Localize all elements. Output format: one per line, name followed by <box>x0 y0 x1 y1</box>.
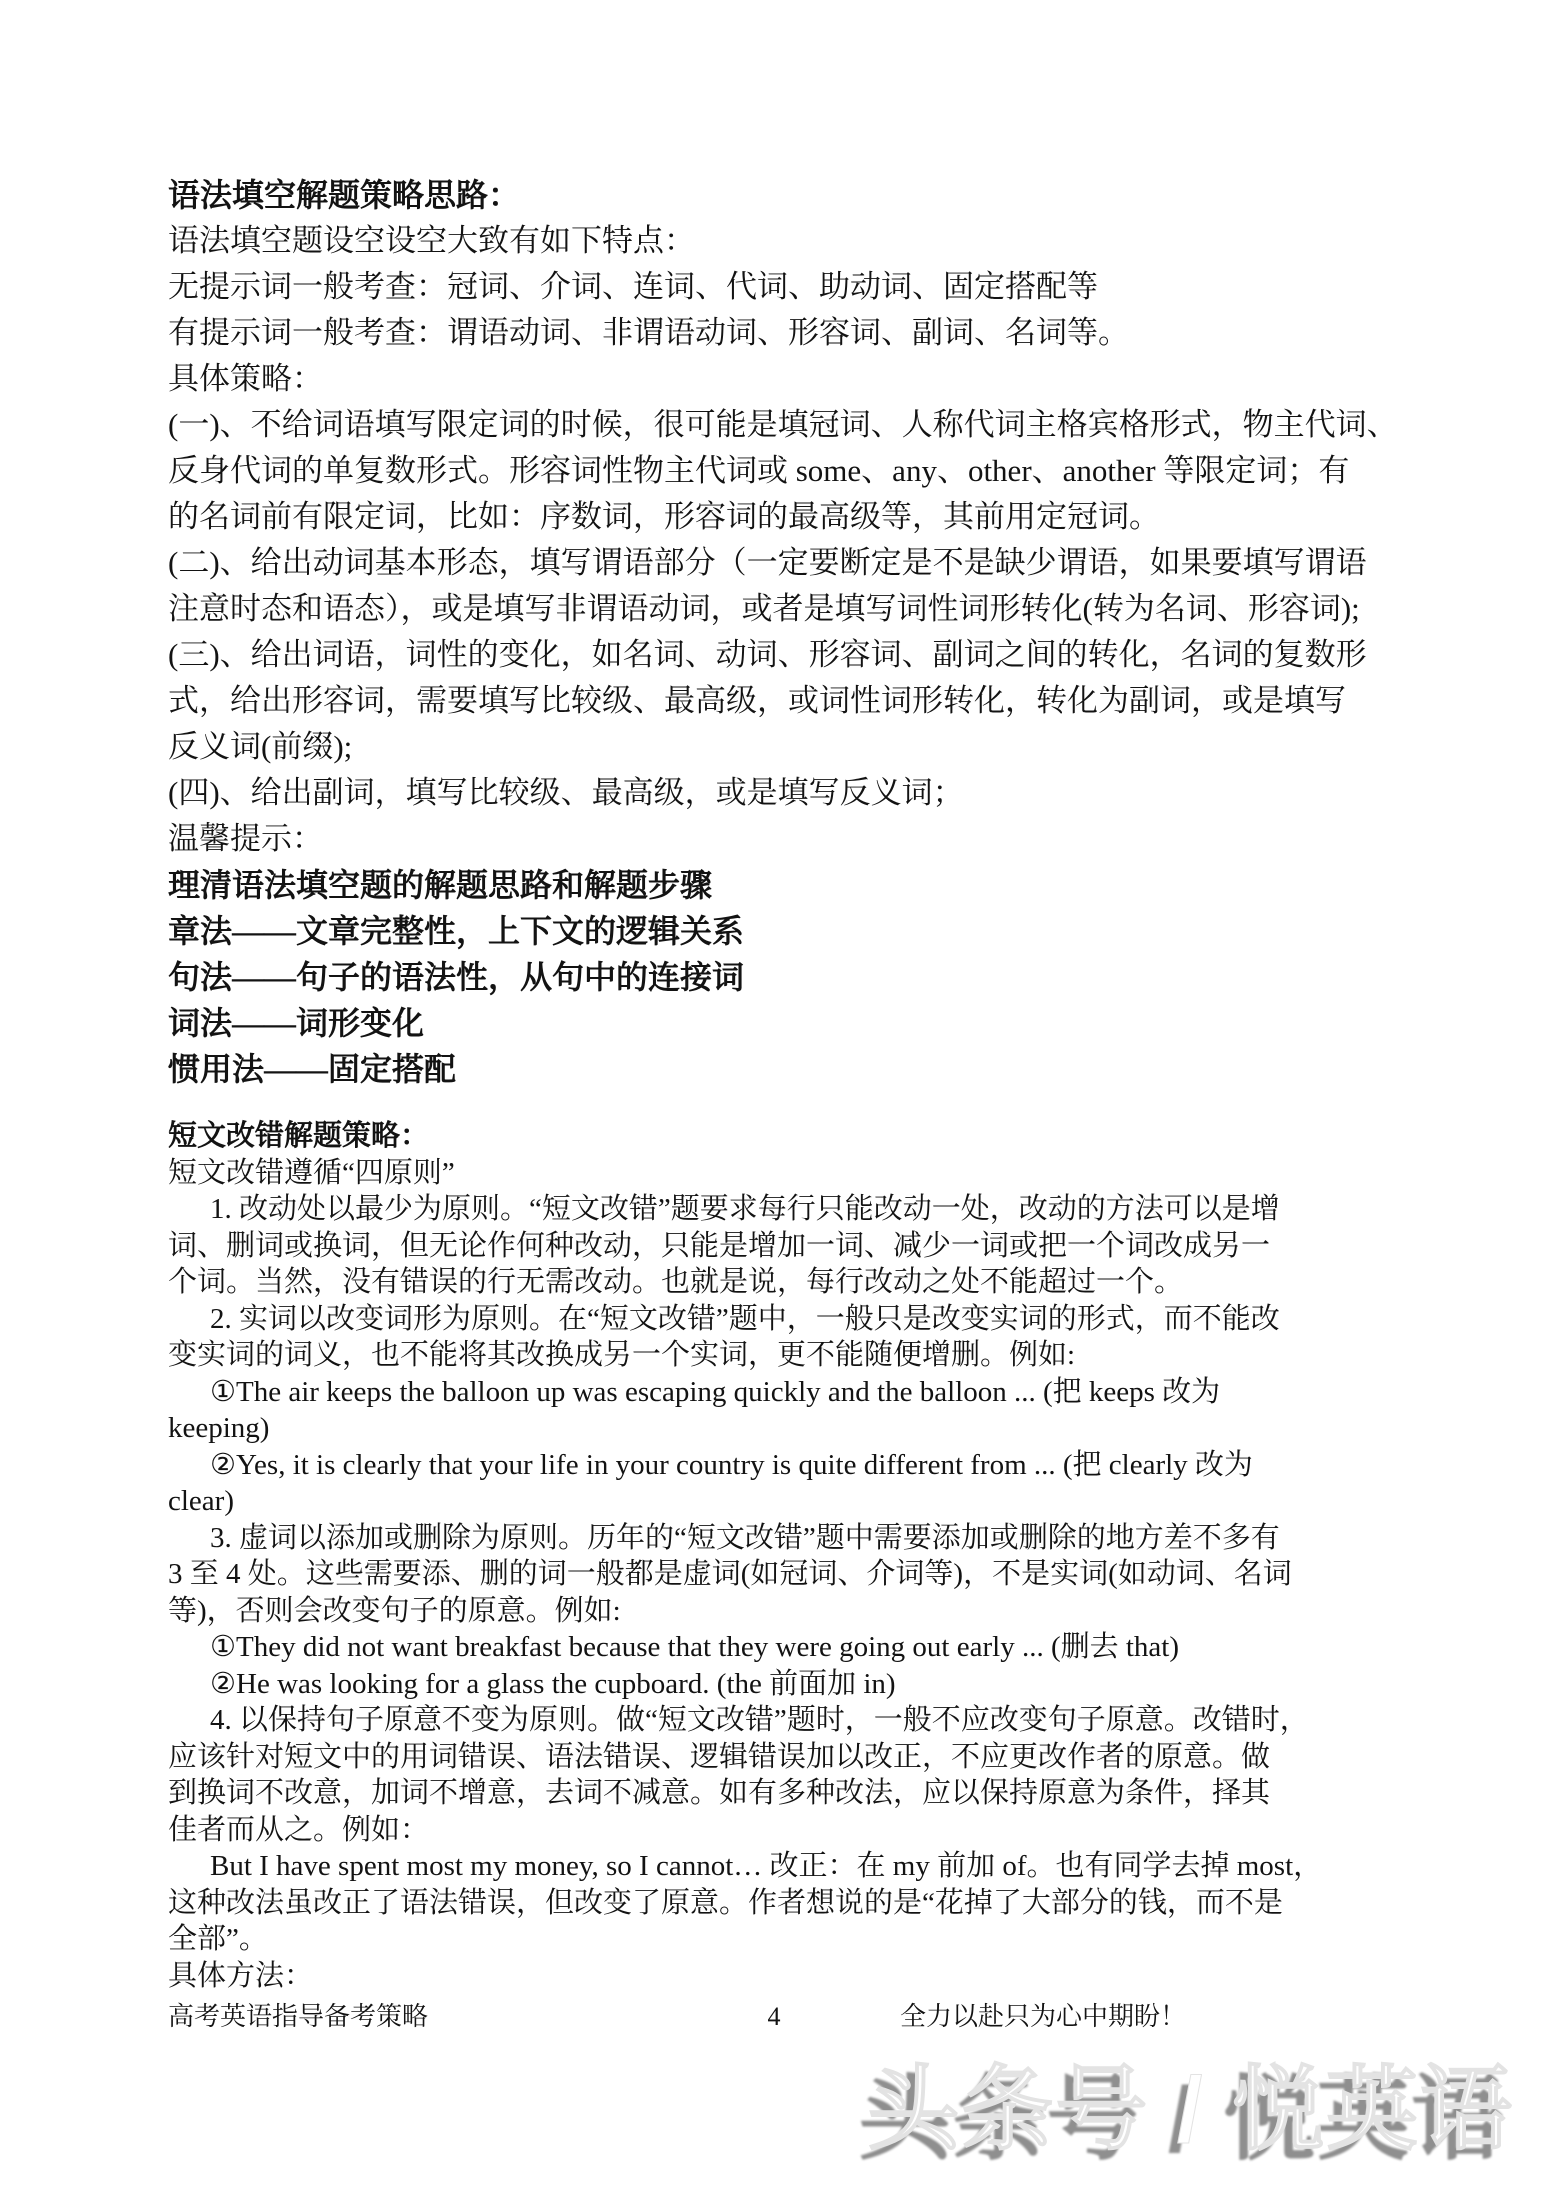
tip-heading-line: 理清语法填空题的解题思路和解题步骤 <box>168 862 1396 908</box>
document-page: 语法填空解题策略思路： 语法填空题设空设空大致有如下特点： 无提示词一般考查：冠… <box>0 0 1548 2186</box>
text-line: 到换词不改意，加词不增意，去词不减意。如有多种改法，应以保持原意为条件，择其 <box>168 1775 1396 1812</box>
text-line: 这种改法虽改正了语法错误，但改变了原意。作者想说的是“花掉了大部分的钱，而不是 <box>168 1885 1396 1922</box>
text-line: 等)，否则会改变句子的原意。例如: <box>168 1593 1396 1630</box>
text-line: 具体方法： <box>168 1958 1396 1995</box>
error-correction-section: 短文改错解题策略： 短文改错遵循“四原则” 1. 改动处以最少为原则。“短文改错… <box>168 1118 1396 1994</box>
grammar-section-title: 语法填空解题策略思路： <box>168 172 1396 218</box>
text-line: 温馨提示： <box>168 816 1396 862</box>
text-line: clear) <box>168 1483 1396 1520</box>
text-line: 有提示词一般考查：谓语动词、非谓语动词、形容词、副词、名词等。 <box>168 310 1396 356</box>
text-line: 具体策略： <box>168 356 1396 402</box>
example-line: ①The air keeps the balloon up was escapi… <box>168 1374 1396 1411</box>
text-line: 佳者而从之。例如： <box>168 1812 1396 1849</box>
text-line: (一)、不给词语填写限定词的时候，很可能是填冠词、人称代词主格宾格形式，物主代词… <box>168 402 1396 448</box>
text-line: (三)、给出词语，词性的变化，如名词、动词、形容词、副词之间的转化，名词的复数形 <box>168 632 1396 678</box>
grammar-fill-strategy-section: 语法填空解题策略思路： 语法填空题设空设空大致有如下特点： 无提示词一般考查：冠… <box>168 172 1396 1092</box>
rule3-line: 3. 虚词以添加或删除为原则。历年的“短文改错”题中需要添加或删除的地方差不多有 <box>168 1520 1396 1557</box>
example-line: ②He was looking for a glass the cupboard… <box>168 1666 1396 1703</box>
text-line: 反义词(前缀); <box>168 724 1396 770</box>
text-line: keeping) <box>168 1410 1396 1447</box>
footer-slogan: 全力以赴只为心中期盼！ <box>900 2002 1186 2032</box>
text-line: (二)、给出动词基本形态，填写谓语部分（一定要断定是不是缺少谓语，如果要填写谓语 <box>168 540 1396 586</box>
text-line: 个词。当然，没有错误的行无需改动。也就是说，每行改动之处不能超过一个。 <box>168 1264 1396 1301</box>
rule1-line: 1. 改动处以最少为原则。“短文改错”题要求每行只能改动一处，改动的方法可以是增 <box>168 1191 1396 1228</box>
footer-page-number: 4 <box>768 2002 781 2032</box>
text-line: 变实词的词义，也不能将其改换成另一个实词，更不能随便增删。例如: <box>168 1337 1396 1374</box>
example-line: ①They did not want breakfast because tha… <box>168 1629 1396 1666</box>
rule2-line: 2. 实词以改变词形为原则。在“短文改错”题中，一般只是改变实词的形式，而不能改 <box>168 1301 1396 1338</box>
text-line: 注意时态和语态），或是填写非谓语动词，或者是填写词性词形转化(转为名词、形容词)… <box>168 586 1396 632</box>
text-line: (四)、给出副词，填写比较级、最高级，或是填写反义词； <box>168 770 1396 816</box>
text-line: 3 至 4 处。这些需要添、删的词一般都是虚词(如冠词、介词等)，不是实词(如动… <box>168 1556 1396 1593</box>
footer-doc-title: 高考英语指导备考策略 <box>168 2002 428 2032</box>
text-line: 全部”。 <box>168 1921 1396 1958</box>
example-line: ②Yes, it is clearly that your life in yo… <box>168 1447 1396 1484</box>
tip-line-cifa: 词法——词形变化 <box>168 1000 1396 1046</box>
error-correction-title: 短文改错解题策略： <box>168 1118 1396 1155</box>
text-line: 的名词前有限定词，比如：序数词，形容词的最高级等，其前用定冠词。 <box>168 494 1396 540</box>
text-line: 应该针对短文中的用词错误、语法错误、逻辑错误加以改正，不应更改作者的原意。做 <box>168 1739 1396 1776</box>
text-line: 语法填空题设空设空大致有如下特点： <box>168 218 1396 264</box>
tip-line-zhangfa: 章法——文章完整性，上下文的逻辑关系 <box>168 908 1396 954</box>
text-line: 短文改错遵循“四原则” <box>168 1155 1396 1192</box>
example-line: But I have spent most my money, so I can… <box>168 1848 1396 1885</box>
text-line: 反身代词的单复数形式。形容词性物主代词或 some、any、other、anot… <box>168 448 1396 494</box>
text-line: 无提示词一般考查：冠词、介词、连词、代词、助动词、固定搭配等 <box>168 264 1396 310</box>
text-line: 式，给出形容词，需要填写比较级、最高级，或词性词形转化，转化为副词，或是填写 <box>168 678 1396 724</box>
text-line: 词、删词或换词，但无论作何种改动，只能是增加一词、减少一词或把一个词改成另一 <box>168 1228 1396 1265</box>
tip-line-jufa: 句法——句子的语法性，从句中的连接词 <box>168 954 1396 1000</box>
tip-line-guanyongfa: 惯用法——固定搭配 <box>168 1046 1396 1092</box>
toutiao-watermark: 头条号 / 悦英语 <box>867 2060 1514 2160</box>
rule4-line: 4. 以保持句子原意不变为原则。做“短文改错”题时，一般不应改变句子原意。改错时… <box>168 1702 1396 1739</box>
